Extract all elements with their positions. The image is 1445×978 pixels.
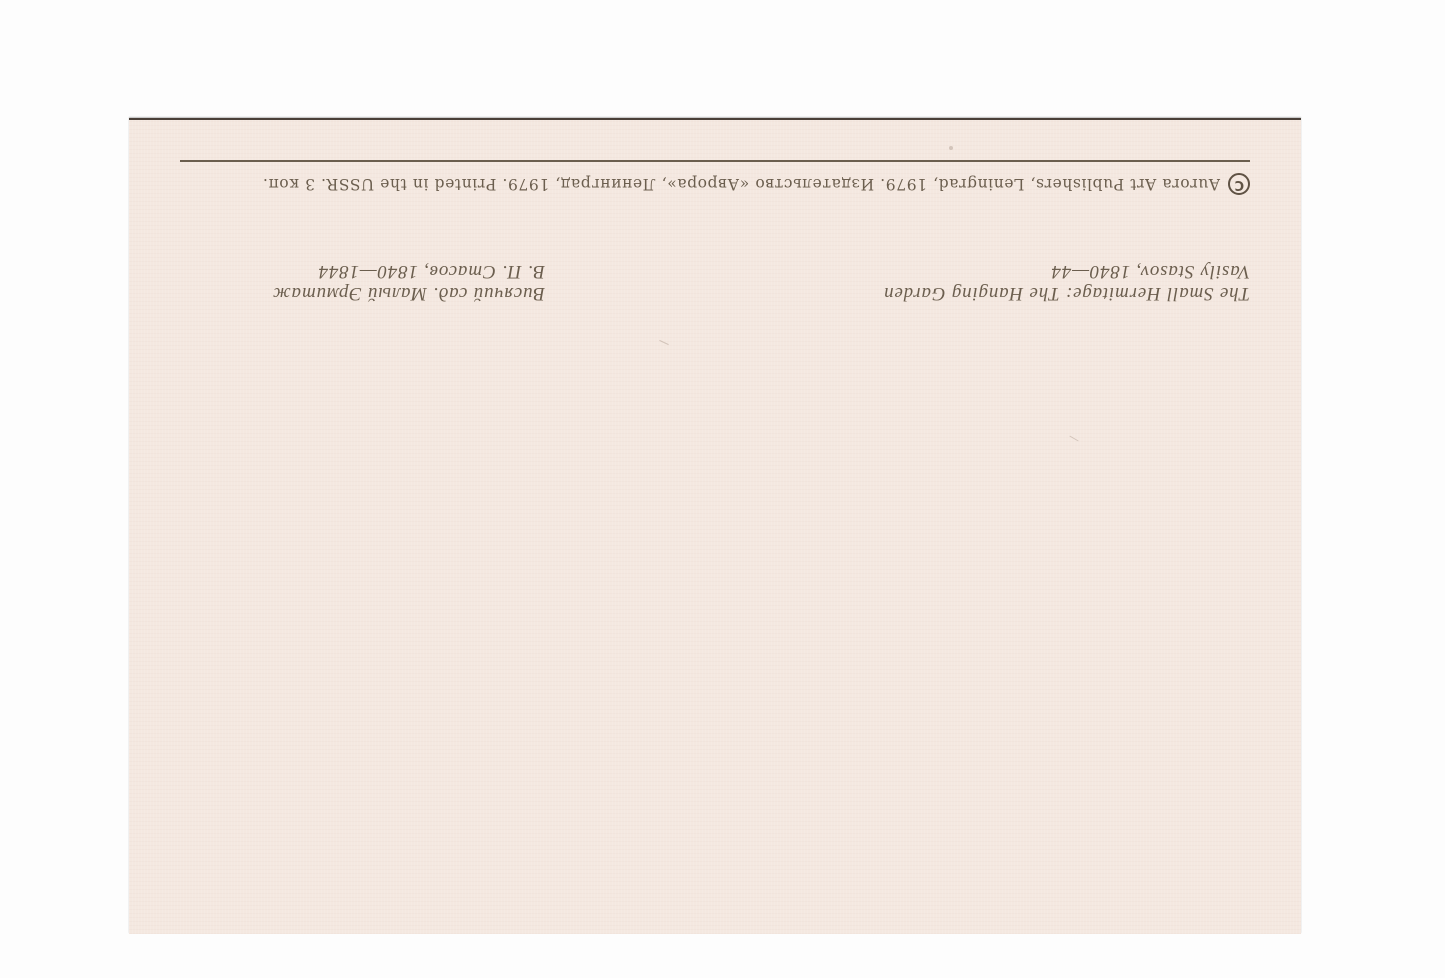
caption-russian: Висячий сад. Малый Эрмитаж В. П. Стасов,… <box>272 260 545 304</box>
paper-speck <box>949 146 953 150</box>
caption-english-title: The Small Hermitage: The Hanging Garden <box>883 282 1250 304</box>
divider-rule <box>180 160 1250 162</box>
caption-russian-author: В. П. Стасов, 1840—1844 <box>272 260 545 282</box>
caption-russian-title: Висячий сад. Малый Эрмитаж <box>272 282 545 304</box>
postcard-back: C Aurora Art Publishers, Leningrad, 1979… <box>129 118 1301 934</box>
caption-english: The Small Hermitage: The Hanging Garden … <box>883 260 1250 304</box>
printed-content-rotated: C Aurora Art Publishers, Leningrad, 1979… <box>129 120 1301 934</box>
caption-english-author: Vasily Stasov, 1840—44 <box>883 260 1250 282</box>
imprint-text: Aurora Art Publishers, Leningrad, 1979. … <box>262 175 1220 193</box>
copyright-icon: C <box>1228 173 1250 195</box>
scan-background: C Aurora Art Publishers, Leningrad, 1979… <box>0 0 1445 978</box>
publisher-imprint: C Aurora Art Publishers, Leningrad, 1979… <box>180 173 1250 195</box>
